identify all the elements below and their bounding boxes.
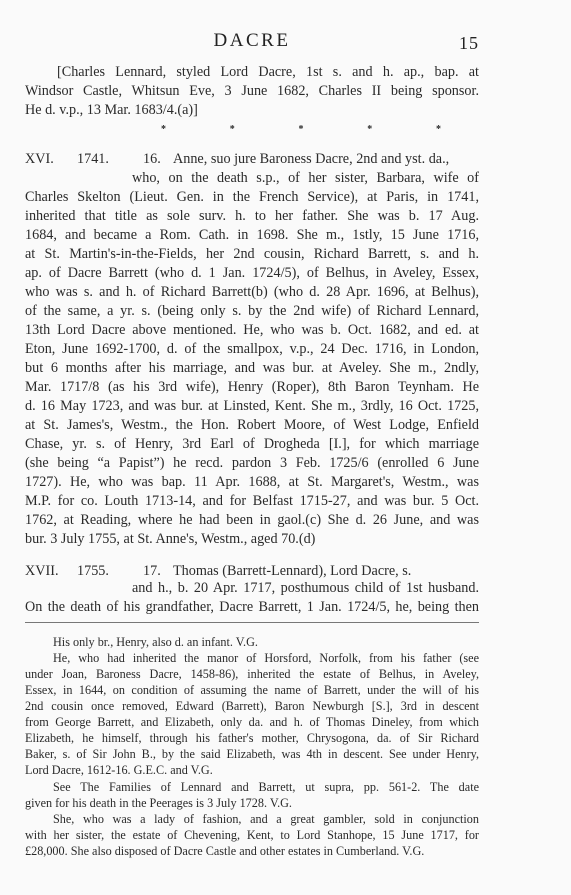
footnote-rule — [25, 622, 479, 623]
footnote-line: 2nd cousin once removed, Edward (Barrett… — [25, 698, 479, 714]
entry-line: ap. of Dacre Barrett (who d. 1 Jan. 1724… — [25, 264, 479, 283]
entry-line: 1684, and became a Rom. Cath. in 1698. S… — [25, 226, 479, 245]
entry-line: who, on the death s.p., of her sister, B… — [25, 169, 479, 188]
footnote-line: with her sister, the estate of Chevening… — [25, 827, 479, 843]
intro-line: Windsor Castle, Whitsun Eve, 3 June 1682… — [25, 82, 479, 101]
footnote-line: £28,000. She also disposed of Dacre Cast… — [25, 843, 479, 859]
entry-line: bur. 3 July 1755, at St. Anne's, Westm.,… — [25, 530, 479, 549]
footnote-line: Baker, s. of Sir John B., by the said El… — [25, 746, 479, 762]
entry-line: who was s. and h. of Richard Barrett(b) … — [25, 283, 479, 302]
entry-line: 1727). He, who was bap. 11 Apr. 1688, at… — [25, 473, 479, 492]
running-head: DACRE 15 — [25, 30, 479, 54]
entry-line: On the death of his grandfather, Dacre B… — [25, 598, 479, 617]
footnote-b: He, who had inherited the manor of Horsf… — [25, 650, 479, 666]
entry-line: of the same, a yr. s. (being only s. by … — [25, 302, 479, 321]
entry-line: (she being “a Papist”) he recd. pardon 3… — [25, 454, 479, 473]
intro-line: [Charles Lennard, styled Lord Dacre, 1st… — [25, 63, 479, 82]
entry-line: d. 16 May 1723, and was bur. at Linsted,… — [25, 397, 479, 416]
entry-line: at St. Martin's-in-the-Fields, her 2nd c… — [25, 245, 479, 264]
footnote-line: under Joan, Baroness Dacre, 1458-86), in… — [25, 666, 479, 682]
entry-line: Charles Skelton (Lieut. Gen. in the Fren… — [25, 188, 479, 207]
entry-line: Eton, June 1692-1700, d. of the smallpox… — [25, 340, 479, 359]
page-number: 15 — [459, 33, 479, 54]
entry-line: Mar. 1717/8 (as his 3rd wife), Henry (Ro… — [25, 378, 479, 397]
entry-line: inherited that title as sole surv. h. to… — [25, 207, 479, 226]
entry-line: Thomas (Barrett-Lennard), Lord Dacre, s. — [173, 563, 411, 579]
footnote-line: given for his death in the Peerages is 3… — [25, 795, 479, 811]
footnote-a: His only br., Henry, also d. an infant. … — [25, 634, 479, 650]
separator-star: * — [436, 124, 441, 135]
footnote-d: She, who was a lady of fashion, and a gr… — [25, 811, 479, 827]
entry-line: Chase, yr. s. of Henry, 3rd Earl of Drog… — [25, 435, 479, 454]
separator-star: * — [161, 124, 166, 135]
separator-star: * — [367, 124, 372, 135]
entry-line: Anne, suo jure Baroness Dacre, 2nd and y… — [173, 151, 449, 167]
entry-line: and h., b. 20 Apr. 1717, posthumous chil… — [25, 579, 479, 598]
footnote-c: See The Families of Lennard and Barrett,… — [25, 779, 479, 795]
footnote-line: Lord Dacre, 1612-16. G.E.C. and V.G. — [25, 762, 479, 778]
entry-number: 16. — [143, 150, 173, 169]
entry-line: but 6 months after his marriage, and was… — [25, 359, 479, 378]
footnote-line: from George Barrett, and Elizabeth, only… — [25, 714, 479, 730]
footnote-line: Elizabeth, he himself, through his fathe… — [25, 730, 479, 746]
entry-line: M.P. for co. Louth 1713-14, and for Belf… — [25, 492, 479, 511]
entry-line: at St. James's, Westm., the Hon. Robert … — [25, 416, 479, 435]
footnote-line: Essex, in 1644, on condition of assuming… — [25, 682, 479, 698]
intro-line: He d. v.p., 13 Mar. 1683/4.(a)] — [25, 101, 479, 120]
separator-star: * — [230, 124, 235, 135]
entry-line: 13th Lord Dacre above mentioned. He, who… — [25, 321, 479, 340]
section-separator: * * * * * — [161, 124, 441, 135]
entry-xvi-heading: XVI.1741.16.Anne, suo jure Baroness Dacr… — [25, 150, 479, 169]
entry-line: 1762, at Reading, where he had been in g… — [25, 511, 479, 530]
entry-year: 1741. — [77, 150, 143, 169]
running-title: DACRE — [25, 30, 479, 52]
separator-star: * — [299, 124, 304, 135]
entry-roman-numeral: XVI. — [25, 150, 77, 169]
